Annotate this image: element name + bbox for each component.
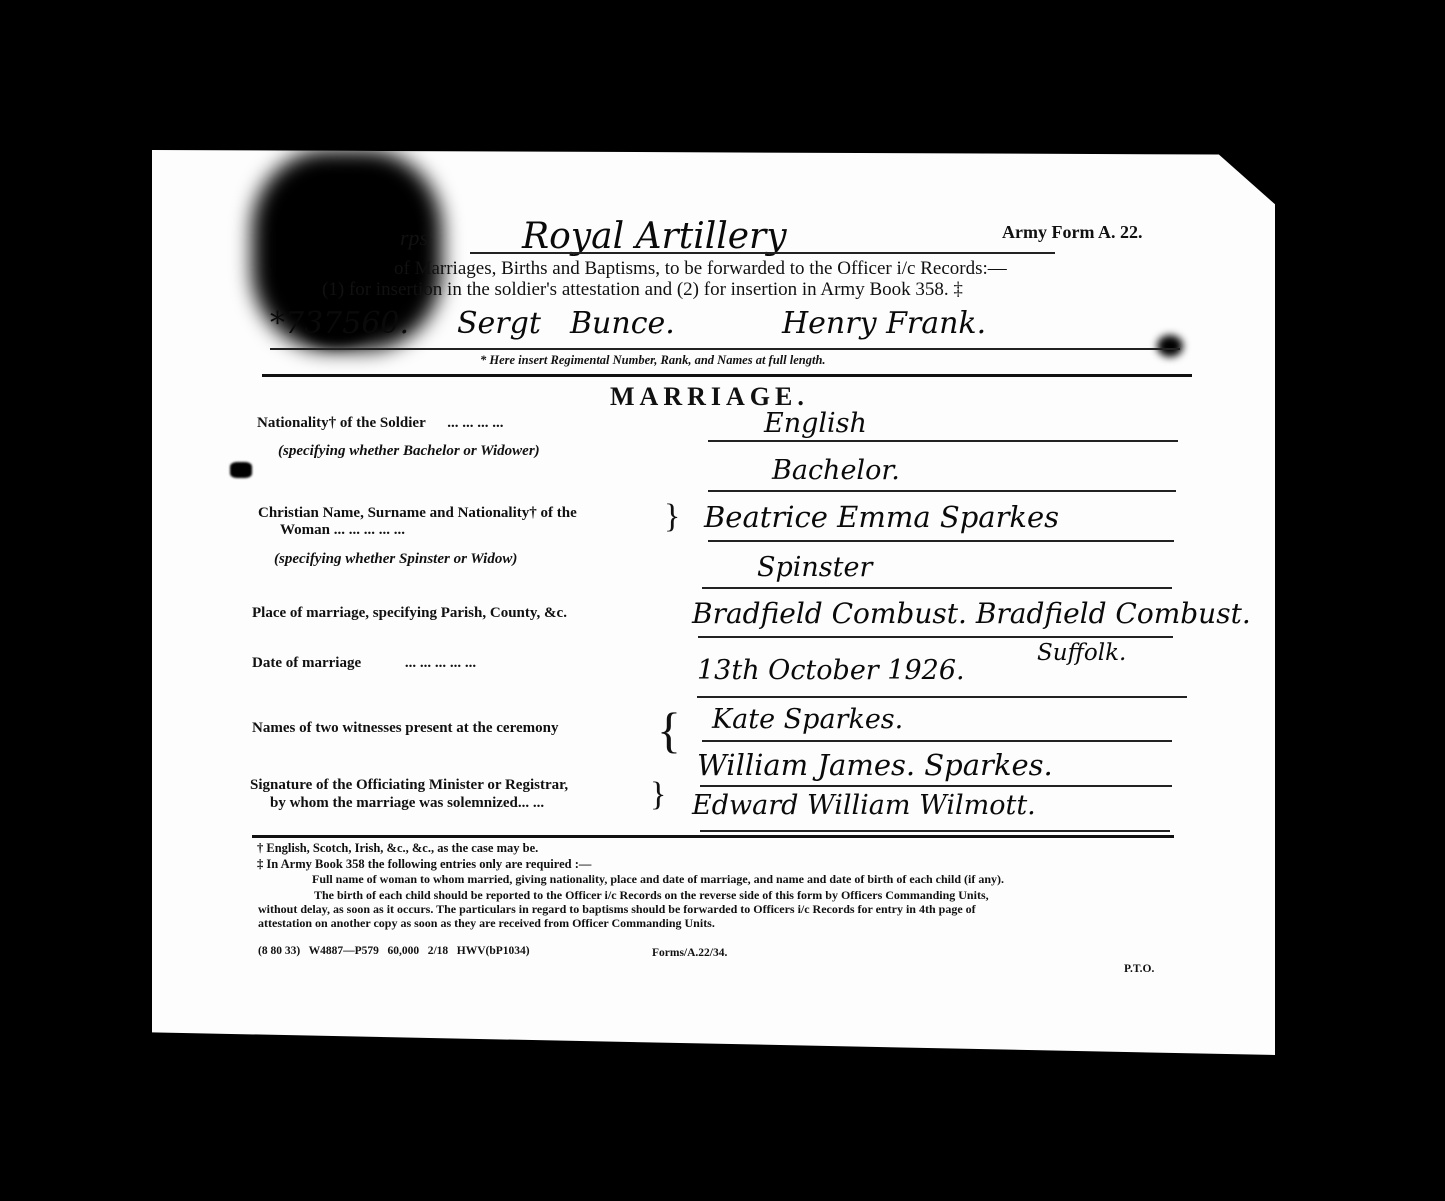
brace-witnesses: { — [657, 705, 681, 755]
corps-value: Royal Artillery — [522, 216, 787, 257]
brace-signature: } — [650, 778, 666, 812]
footnote-dagger: † English, Scotch, Irish, &c., &c., as t… — [257, 841, 538, 856]
soldier-rank: Sergt — [457, 306, 541, 341]
value-woman-name: Beatrice Emma Sparkes — [704, 500, 1059, 534]
footnote-divider — [252, 835, 1174, 838]
value-spinster: Spinster — [757, 552, 872, 583]
value-soldier-nationality: English — [764, 408, 867, 439]
brace-woman: } — [664, 500, 680, 534]
insert-note: * Here insert Regimental Number, Rank, a… — [480, 353, 826, 368]
value-witness-2: William James. Sparkes. — [697, 748, 1053, 782]
label-woman-name: Christian Name, Surname and Nationality†… — [258, 505, 577, 522]
label-solemnized: by whom the marriage was solemnized... .… — [270, 795, 544, 812]
line-3 — [708, 540, 1174, 542]
label-spinster-widow: (specifying whether Spinster or Widow) — [274, 551, 517, 568]
footnote-birth-1: The birth of each child should be report… — [314, 888, 989, 903]
label-date: Date of marriage ... ... ... ... ... — [252, 655, 476, 672]
line-5 — [698, 636, 1173, 638]
line-1 — [708, 440, 1178, 442]
footnote-double-dagger: ‡ In Army Book 358 the following entries… — [257, 857, 591, 872]
form-number: Army Form A. 22. — [1002, 222, 1142, 243]
line-8 — [700, 785, 1172, 787]
header-divider — [262, 374, 1192, 377]
label-signature: Signature of the Officiating Minister or… — [250, 777, 568, 794]
pto-mark: P.T.O. — [1124, 963, 1154, 975]
line-6 — [697, 696, 1187, 698]
label-soldier-nationality: Nationality† of the Soldier ... ... ... … — [257, 415, 503, 432]
soldier-surname: Bunce. — [570, 306, 675, 341]
label-woman: Woman ... ... ... ... ... — [280, 522, 405, 539]
line-7 — [702, 740, 1172, 742]
intro-line-1: of Marriages, Births and Baptisms, to be… — [394, 258, 1007, 280]
footnote-birth-2: without delay, as soon as it occurs. The… — [258, 902, 976, 917]
print-code: (8 80 33) W4887—P579 60,000 2/18 HWV(bP1… — [258, 945, 530, 957]
soldier-number: *737560. — [270, 306, 409, 341]
footnote-full-name: Full name of woman to whom married, givi… — [312, 872, 1004, 887]
label-bachelor-widower: (specifying whether Bachelor or Widower) — [278, 443, 540, 460]
footnote-birth-3: attestation on another copy as soon as t… — [258, 916, 715, 931]
value-place: Bradfield Combust. Bradfield Combust. — [692, 597, 1251, 630]
soldier-underline — [270, 348, 1180, 350]
value-minister-signature: Edward William Wilmott. — [692, 790, 1036, 821]
intro-line-2: (1) for insertion in the soldier's attes… — [322, 279, 963, 301]
label-witnesses: Names of two witnesses present at the ce… — [252, 720, 558, 737]
value-county: Suffolk. — [1037, 640, 1126, 666]
corps-underline — [470, 252, 1055, 254]
ink-stain — [230, 462, 252, 478]
value-bachelor: Bachelor. — [772, 455, 900, 486]
soldier-forenames: Henry Frank. — [782, 306, 986, 341]
line-9 — [700, 830, 1170, 832]
army-form-a22-document: rps Royal Artillery Army Form A. 22. of … — [152, 150, 1275, 1055]
ink-stain — [1157, 335, 1183, 357]
label-place: Place of marriage, specifying Parish, Co… — [252, 605, 567, 622]
forms-reference: Forms/A.22/34. — [652, 947, 727, 959]
corps-label: rps — [400, 225, 428, 251]
line-2 — [708, 490, 1176, 492]
value-witness-1: Kate Sparkes. — [712, 704, 903, 735]
line-4 — [702, 587, 1172, 589]
value-date: 13th October 1926. — [697, 655, 965, 686]
